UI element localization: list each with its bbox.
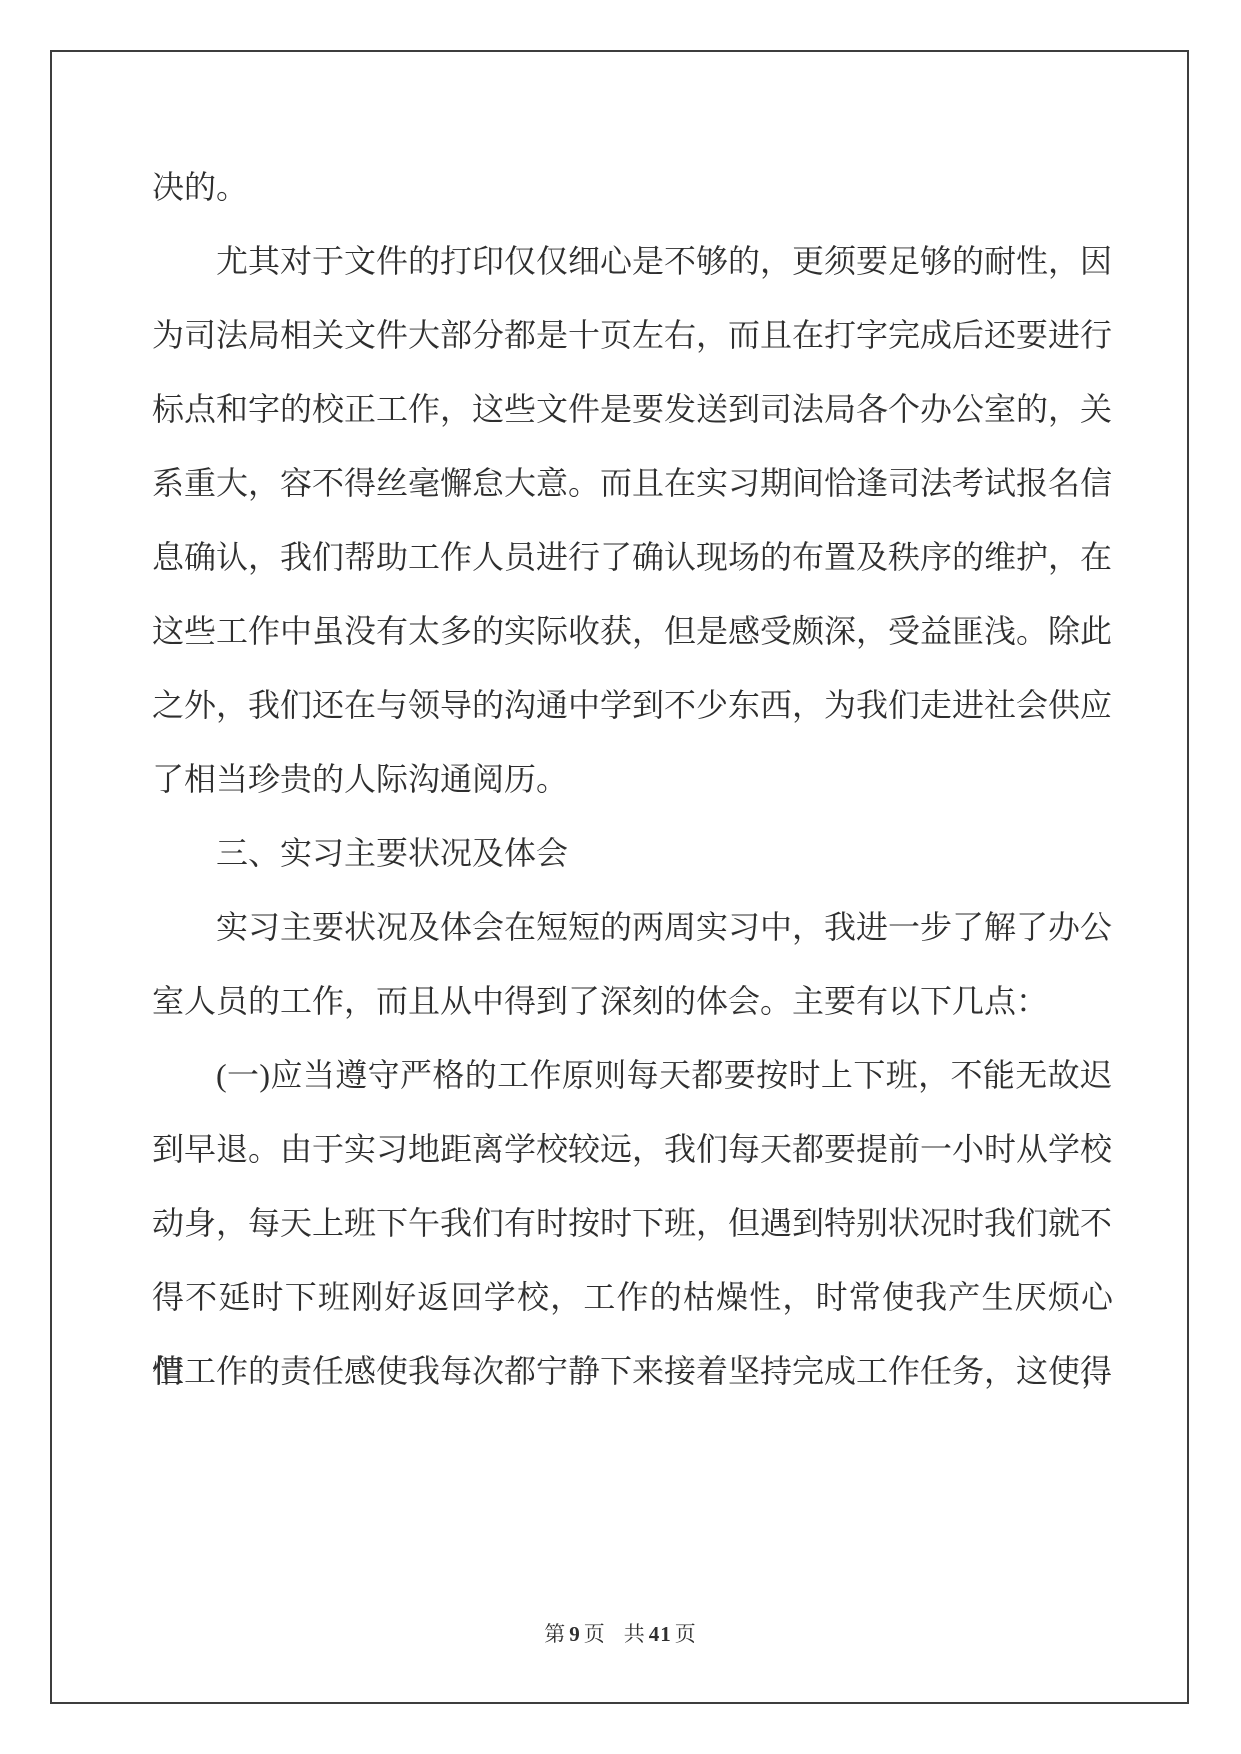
page-number-unit: 页 [584,1622,606,1646]
text-line: 为司法局相关文件大部分都是十页左右，而且在打字完成后还要进行 [152,298,1112,372]
text-line: 标点和字的校正工作，这些文件是要发送到司法局各个办公室的，关 [152,372,1112,446]
page-number-prefix: 第 [544,1622,566,1646]
page-footer: 第9页共41页 [0,1618,1241,1648]
total-pages-unit: 页 [675,1622,697,1646]
text-line: 系重大，容不得丝毫懈怠大意。而且在实习期间恰逢司法考试报名信 [152,446,1112,520]
total-pages-number: 41 [646,1622,675,1646]
text-line: 之外，我们还在与领导的沟通中学到不少东西，为我们走进社会供应 [152,668,1112,742]
text-line: 这些工作中虽没有太多的实际收获，但是感受颇深，受益匪浅。除此 [152,594,1112,668]
text-line: 决的。 [152,150,1112,224]
text-line: 动身，每天上班下午我们有时按时下班，但遇到特别状况时我们就不 [152,1186,1112,1260]
text-line: 了相当珍贵的人际沟通阅历。 [152,742,1112,816]
section-heading-line: 三、实习主要状况及体会 [152,816,1112,890]
document-text-block: 决的。 尤其对于文件的打印仅仅细心是不够的，更须要足够的耐性，因 为司法局相关文… [152,150,1112,1408]
total-pages-prefix: 共 [624,1622,646,1646]
text-line: 息确认，我们帮助工作人员进行了确认现场的布置及秩序的维护，在 [152,520,1112,594]
text-line: 到早退。由于实习地距离学校较远，我们每天都要提前一小时从学校 [152,1112,1112,1186]
text-line: 但工作的责任感使我每次都宁静下来接着坚持完成工作任务，这使得 [152,1334,1112,1408]
text-line: 室人员的工作，而且从中得到了深刻的体会。主要有以下几点： [152,964,1112,1038]
text-line: 得不延时下班刚好返回学校，工作的枯燥性，时常使我产生厌烦心情， [152,1260,1112,1334]
current-page-number: 9 [566,1622,584,1646]
text-line: 实习主要状况及体会在短短的两周实习中，我进一步了解了办公 [152,890,1112,964]
text-line: (一)应当遵守严格的工作原则每天都要按时上下班，不能无故迟 [152,1038,1112,1112]
text-line: 尤其对于文件的打印仅仅细心是不够的，更须要足够的耐性，因 [152,224,1112,298]
